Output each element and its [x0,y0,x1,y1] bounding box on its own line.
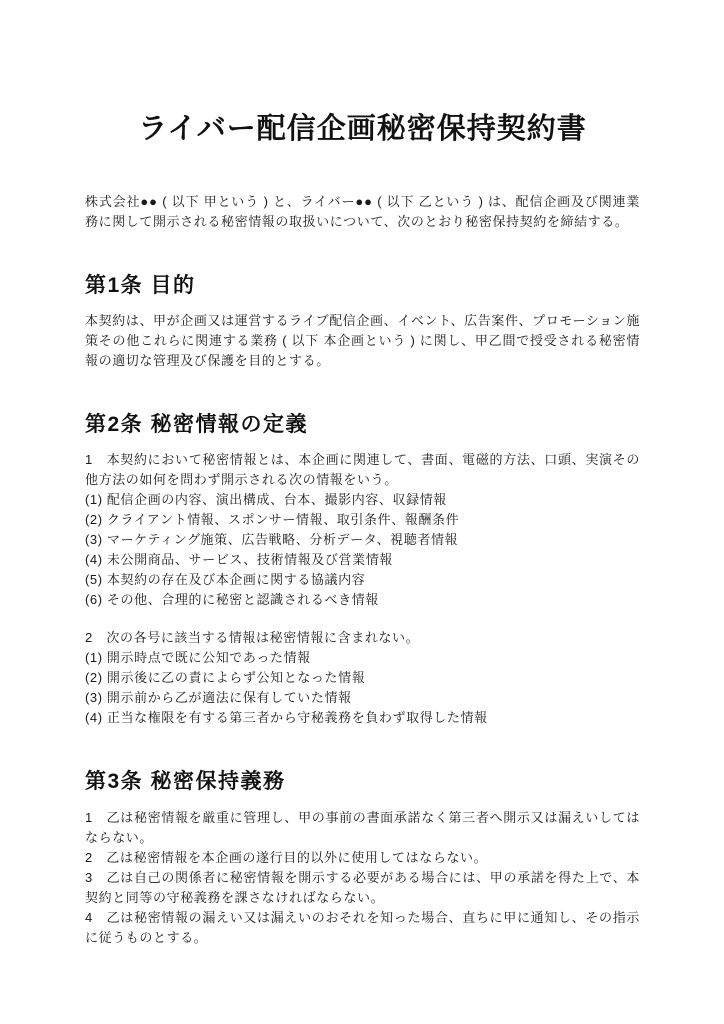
contract-line: (1) 配信企画の内容、演出構成、台本、撮影内容、収録情報 [85,490,640,510]
document-title: ライバー配信企画秘密保持契約書 [85,112,640,147]
contract-line: (3) マーケティング施策、広告戦略、分析データ、視聴者情報 [85,530,640,550]
contract-line: (3) 開示前から乙が適法に保有していた情報 [85,688,640,708]
contract-line: (2) クライアント情報、スポンサー情報、取引条件、報酬条件 [85,510,640,530]
section-heading: 第1条 目的 [85,272,640,299]
contract-line: 3 乙は自己の関係者に秘密情報を開示する必要がある場合には、甲の承諾を得た上で、… [85,868,640,908]
contract-line: (4) 未公開商品、サービス、技術情報及び営業情報 [85,550,640,570]
sections-container: 第1条 目的本契約は、甲が企画又は運営するライブ配信企画、イベント、広告案件、プ… [85,272,640,948]
section-block: 本契約は、甲が企画又は運営するライブ配信企画、イベント、広告案件、プロモーション… [85,311,640,371]
contract-document-page: ライバー配信企画秘密保持契約書 株式会社●● ( 以下 甲という ) と、ライバ… [0,0,724,1024]
contract-line: (1) 開示時点で既に公知であった情報 [85,648,640,668]
contract-line: 本契約は、甲が企画又は運営するライブ配信企画、イベント、広告案件、プロモーション… [85,311,640,371]
document-intro-paragraph: 株式会社●● ( 以下 甲という ) と、ライバー●● ( 以下 乙という ) … [85,192,640,232]
contract-line: 4 乙は秘密情報の漏えい又は漏えいのおそれを知った場合、直ちに甲に通知し、その指… [85,908,640,948]
section-block: 1 乙は秘密情報を厳重に管理し、甲の事前の書面承諾なく第三者へ開示又は漏えいして… [85,808,640,948]
contract-line: (6) その他、合理的に秘密と認識されるべき情報 [85,590,640,610]
contract-line: 1 乙は秘密情報を厳重に管理し、甲の事前の書面承諾なく第三者へ開示又は漏えいして… [85,808,640,848]
contract-section: 第1条 目的本契約は、甲が企画又は運営するライブ配信企画、イベント、広告案件、プ… [85,272,640,371]
contract-line: 2 乙は秘密情報を本企画の遂行目的以外に使用してはならない。 [85,848,640,868]
contract-section: 第3条 秘密保持義務1 乙は秘密情報を厳重に管理し、甲の事前の書面承諾なく第三者… [85,768,640,947]
section-block: 1 本契約において秘密情報とは、本企画に関連して、書面、電磁的方法、口頭、実演そ… [85,450,640,610]
contract-line: (5) 本契約の存在及び本企画に関する協議内容 [85,570,640,590]
section-block: 2 次の各号に該当する情報は秘密情報に含まれない。(1) 開示時点で既に公知であ… [85,628,640,728]
contract-line: 1 本契約において秘密情報とは、本企画に関連して、書面、電磁的方法、口頭、実演そ… [85,450,640,490]
section-heading: 第2条 秘密情報の定義 [85,411,640,438]
contract-section: 第2条 秘密情報の定義1 本契約において秘密情報とは、本企画に関連して、書面、電… [85,411,640,728]
section-heading: 第3条 秘密保持義務 [85,768,640,795]
contract-line: (4) 正当な権限を有する第三者から守秘義務を負わず取得した情報 [85,708,640,728]
contract-line: 2 次の各号に該当する情報は秘密情報に含まれない。 [85,628,640,648]
contract-line: (2) 開示後に乙の責によらず公知となった情報 [85,668,640,688]
